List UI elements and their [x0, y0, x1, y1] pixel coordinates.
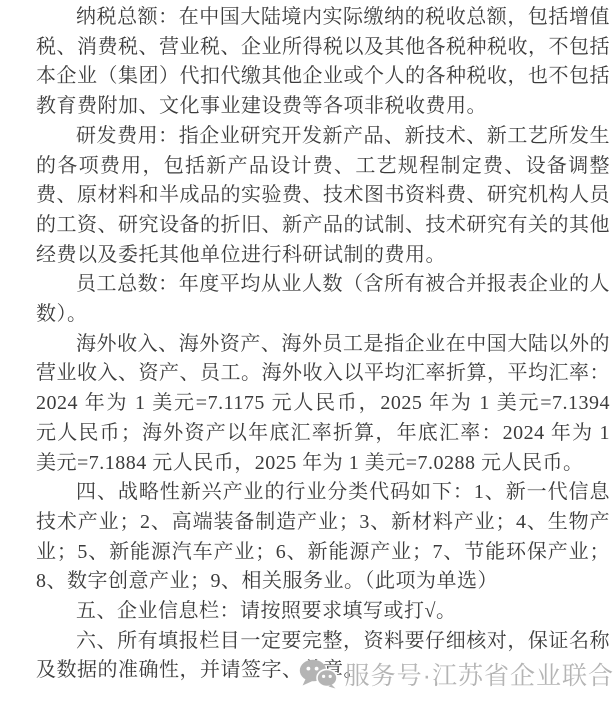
paragraph-rd-expense: 研发费用：指企业研究开发新产品、新技术、新工艺所发生的各项费用，包括新产品设计费…: [36, 122, 610, 271]
paragraph-tax-total: 纳税总额：在中国大陆境内实际缴纳的税收总额，包括增值税、消费税、营业税、企业所得…: [36, 3, 610, 122]
paragraph-item6-completeness: 六、所有填报栏目一定要完整，资料要仔细核对，保证名称及数据的准确性，并请签字、盖…: [36, 627, 610, 686]
document-page: 纳税总额：在中国大陆境内实际缴纳的税收总额，包括增值税、消费税、营业税、企业所得…: [0, 0, 614, 702]
paragraph-overseas-figures: 海外收入、海外资产、海外员工是指企业在中国大陆以外的营业收入、资产、员工。海外收…: [36, 330, 610, 479]
paragraph-item4-industry-codes: 四、战略性新兴产业的行业分类代码如下：1、新一代信息技术产业；2、高端装备制造产…: [36, 478, 610, 597]
paragraph-item5-info-column: 五、企业信息栏：请按照要求填写或打√。: [36, 597, 610, 627]
document-text: 纳税总额：在中国大陆境内实际缴纳的税收总额，包括增值税、消费税、营业税、企业所得…: [36, 3, 610, 686]
paragraph-employee-total: 员工总数：年度平均从业人数（含所有被合并报表企业的人数）。: [36, 270, 610, 329]
